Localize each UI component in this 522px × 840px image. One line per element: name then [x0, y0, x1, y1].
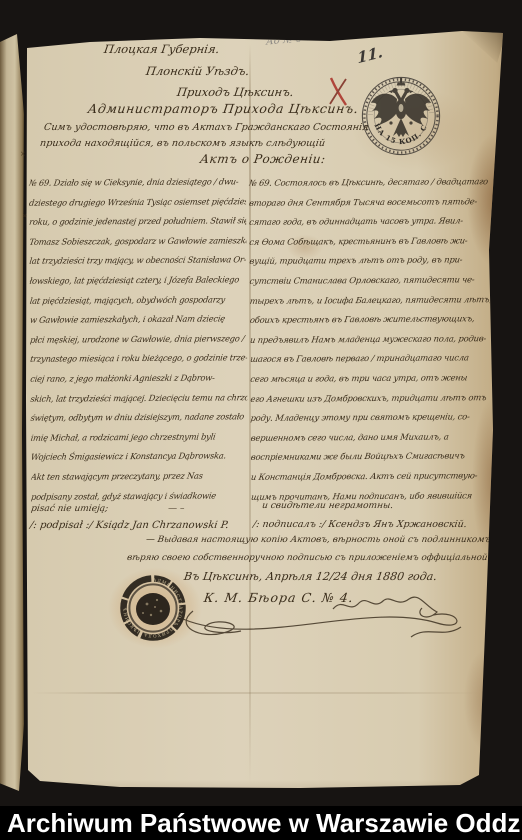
- handwriting-line-polish: skich, lat trzydzieści mającej. Dziecięc…: [29, 388, 248, 409]
- archival-document-scan: × × Ад № 6 11.: [0, 0, 522, 840]
- archive-caption-text: Archiwum Państwowe w Warszawie Oddział w…: [7, 808, 522, 838]
- right-clerk-signature: /: подписалъ :/ Ксендзъ Янъ Хржановскій.: [252, 519, 467, 530]
- header-attestation-1: Симъ удостовѣряю, что въ Актахъ Гражданс…: [43, 122, 369, 133]
- handwriting-line-russian: воспріемниками же были Войцѣхъ Смигасѣви…: [250, 446, 492, 467]
- corner-fold-shadow: [462, 31, 506, 63]
- place-date-line: Въ Цѣксинѣ, Апрѣля 12/24 дня 1880 года.: [183, 570, 438, 583]
- signature-flourish: [175, 595, 475, 655]
- page-number: 11.: [357, 43, 384, 68]
- handwriting-line-polish: Akt ten stawającym przeczytany, przez Na…: [30, 466, 249, 487]
- left-closing: pisać nie umieją;: [30, 504, 109, 514]
- handwriting-line-polish: ciej rano, z jego małżonki Agnieszki z D…: [29, 368, 248, 389]
- adjacent-page-edge: [0, 34, 24, 791]
- handwriting-line-polish: trzynastego miesiąca i roku bieżącego, o…: [29, 349, 248, 370]
- handwriting-line-polish: lat trzydzieści trzy mający, w obecności…: [29, 251, 248, 272]
- revenue-stamp: ЦѢНА 15 КОП. СЕР.: [361, 76, 441, 156]
- handwriting-line-polish: lat pięćdziesiąt, mających, obydwóch gos…: [29, 290, 248, 311]
- handwriting-line-russian: сутствіи Станислава Орловскаго, пятидеся…: [249, 270, 491, 291]
- handwriting-line-polish: imię Michał, a rodzicami jego chrzestnym…: [29, 427, 248, 448]
- handwriting-line-russian: его Агнешки изъ Домбровскихъ, тридцати л…: [249, 388, 491, 409]
- divider-dashes: — –: [167, 504, 185, 514]
- handwriting-line-russian: № 69. Состоялось въ Цѣксинѣ, десятаго / …: [249, 172, 490, 193]
- document-page: Ад № 6 11.: [0, 0, 522, 806]
- handwriting-line-russian: обоихъ крестьянъ въ Гавловѣ жительствующ…: [249, 309, 491, 330]
- certification-line-2: вѣряю своею собственноручною подписью съ…: [126, 553, 522, 563]
- handwriting-line-polish: dziestego drugiego Września Tysiąc osiem…: [29, 192, 248, 213]
- handwriting-line-russian: и предъявилъ Намъ младенца мужескаго пол…: [249, 329, 491, 350]
- handwriting-line-russian: роду. Младенцу этому при святомъ крещені…: [249, 407, 491, 428]
- handwriting-line-russian: вущій, тридцати трехъ лѣтъ отъ роду, въ …: [249, 251, 491, 272]
- handwriting-line-polish: w Gawłowie zamieszkałych, i okazał Nam d…: [29, 309, 248, 330]
- record-column-russian: № 69. Состоялось въ Цѣксинѣ, десятаго / …: [249, 172, 491, 507]
- handwriting-line-russian: и Констанція Домбровска. Актъ сей присут…: [250, 466, 492, 487]
- left-clerk-signature: /: podpisał :/ Ksiądz Jan Chrzanowski P.: [29, 520, 229, 531]
- pencil-archive-note: Ад № 6: [266, 33, 302, 47]
- handwriting-line-russian: тырехъ лѣтъ, и Іосифа Балецкаго, пятидес…: [249, 290, 491, 311]
- binding-stitch: ×: [20, 150, 26, 158]
- handwriting-line-polish: płci męskiej, urodzone w Gawłowie, dnia …: [29, 329, 248, 350]
- horizontal-crease: [30, 692, 480, 694]
- handwriting-line-polish: Wojciech Śmigasiewicz i Konstancya Dąbro…: [30, 447, 249, 468]
- header-governorate: Плоцкая Губернія.: [103, 42, 220, 56]
- handwriting-line-russian: сятаго года, въ одиннадцать часовъ утра.…: [249, 211, 491, 232]
- act-title: Актъ о Рожденіи:: [199, 152, 327, 166]
- certification-line-1: — Выдавая настоящую копію Актовъ, вѣрнос…: [145, 535, 522, 545]
- handwriting-line-russian: ся Ѳома Собѣщакъ, крестьянинъ въ Гавловѣ…: [249, 231, 491, 252]
- handwriting-line-polish: świętym, odbytym w dniu dzisiejszym, nad…: [29, 407, 248, 428]
- header-parish: Приходъ Цѣксинъ.: [176, 85, 295, 99]
- header-attestation-2: прихода находящійся, въ польскомъ языкѣ …: [39, 138, 326, 149]
- header-uyezd: Плонскій Уѣздъ.: [145, 64, 250, 78]
- handwriting-line-russian: шагося въ Гавловѣ перваго / тринадцатаго…: [249, 348, 491, 369]
- header-administrator: Администраторъ Прихода Цѣксинъ.: [87, 101, 360, 116]
- handwriting-line-polish: łowskiego, lat pięćdziesiąt cztery, i Jó…: [29, 270, 248, 291]
- archive-caption-bar: Archiwum Państwowe w Warszawie Oddział w…: [0, 806, 522, 840]
- handwriting-line-russian: сего мѣсяца и года, въ три часа утра, от…: [249, 368, 491, 389]
- handwriting-line-polish: roku, o godzinie jedenastej przed połudn…: [29, 211, 248, 232]
- handwriting-line-polish: № 69. Działo się w Cieksynie, dnia dzies…: [29, 172, 247, 193]
- handwriting-line-russian: вершенномъ сего числа, дано имя Михаилъ,…: [249, 427, 491, 448]
- right-closing: и свидѣтели неграмотны.: [261, 501, 393, 511]
- handwriting-line-polish: Tomasz Sobieszczak, gospodarz w Gawłowie…: [29, 231, 248, 252]
- handwriting-line-russian: втораго дня Сентября Тысяча восемьсотъ п…: [249, 192, 491, 213]
- record-column-polish: № 69. Działo się w Cieksynie, dnia dzies…: [29, 172, 248, 507]
